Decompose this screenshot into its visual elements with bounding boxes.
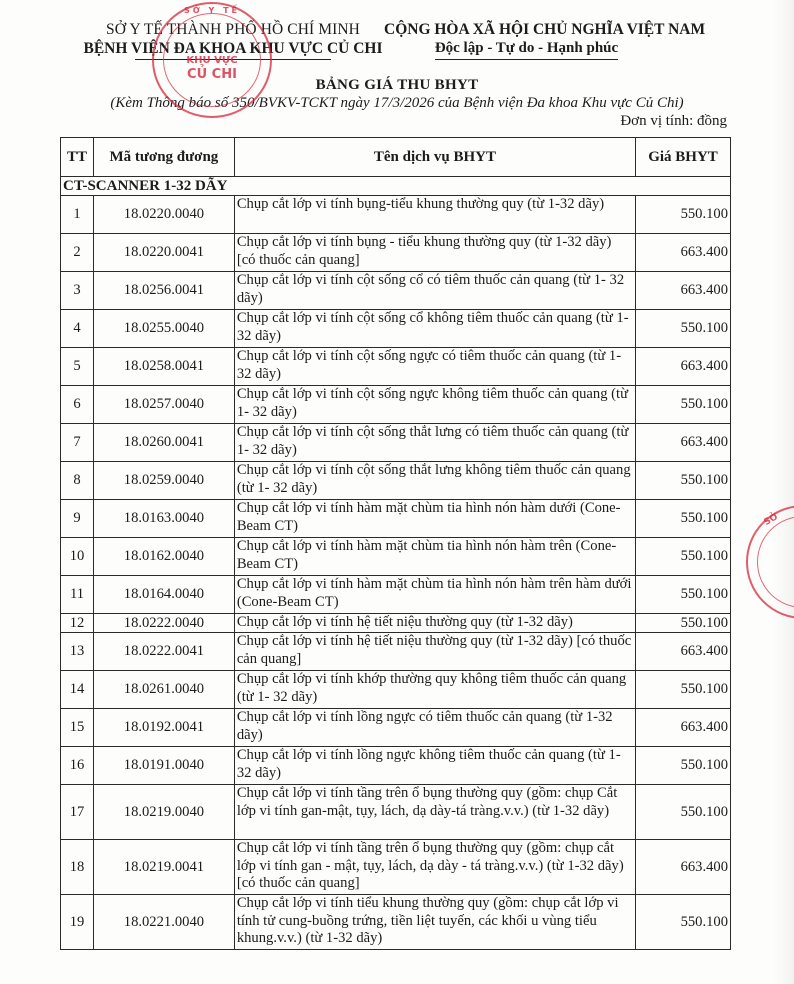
service-name: Chụp cắt lớp vi tính cột sống cổ không t… — [234, 310, 635, 348]
national-motto-header: CỘNG HÒA XÃ HỘI CHỦ NGHĨA VIỆT NAM Độc l… — [384, 20, 669, 60]
row-number: 17 — [61, 785, 94, 840]
row-number: 6 — [61, 386, 94, 424]
service-price: 550.100 — [636, 895, 731, 950]
service-price: 663.400 — [636, 234, 731, 272]
service-code: 18.0259.0040 — [93, 462, 234, 500]
service-name: Chụp cắt lớp vi tính cột sống thắt lưng … — [234, 424, 635, 462]
service-code: 18.0219.0041 — [93, 840, 234, 895]
service-price: 550.100 — [636, 196, 731, 234]
service-name: Chụp cắt lớp vi tính tầng trên ổ bụng th… — [234, 785, 635, 840]
column-header-service: Tên dịch vụ BHYT — [234, 138, 635, 177]
row-number: 3 — [61, 272, 94, 310]
service-code: 18.0220.0040 — [93, 196, 234, 234]
table-row: 118.0220.0040Chụp cắt lớp vi tính bụng-t… — [61, 196, 731, 234]
row-number: 13 — [61, 633, 94, 671]
service-code: 18.0191.0040 — [93, 747, 234, 785]
service-code: 18.0255.0040 — [93, 310, 234, 348]
document-subtitle: (Kèm Thông báo số 350/BVKV-TCKT ngày 17/… — [0, 95, 794, 112]
service-code: 18.0192.0041 — [93, 709, 234, 747]
service-name: Chụp cắt lớp vi tính lồng ngực không tiê… — [234, 747, 635, 785]
service-price: 550.100 — [636, 747, 731, 785]
service-price: 550.100 — [636, 538, 731, 576]
service-code: 18.0219.0040 — [93, 785, 234, 840]
row-number: 18 — [61, 840, 94, 895]
stamp-ring-text: SỞ Y TẾ — [154, 6, 270, 15]
service-code: 18.0221.0040 — [93, 895, 234, 950]
table-row: 1018.0162.0040Chụp cắt lớp vi tính hàm m… — [61, 538, 731, 576]
parent-agency: SỞ Y TẾ THÀNH PHỐ HỒ CHÍ MINH — [58, 20, 408, 39]
service-price: 663.400 — [636, 633, 731, 671]
service-name: Chụp cắt lớp vi tính bụng - tiểu khung t… — [234, 234, 635, 272]
service-price: 550.100 — [636, 386, 731, 424]
service-name: Chụp cắt lớp vi tính hàm mặt chùm tia hì… — [234, 538, 635, 576]
service-code: 18.0256.0041 — [93, 272, 234, 310]
document-title: BẢNG GIÁ THU BHYT — [0, 77, 794, 94]
service-name: Chụp cắt lớp vi tính lồng ngực có tiêm t… — [234, 709, 635, 747]
column-header-price: Giá BHYT — [636, 138, 731, 177]
agency-header: SỞ Y TẾ THÀNH PHỐ HỒ CHÍ MINH BỆNH VIỆN … — [58, 20, 408, 60]
service-name: Chụp cắt lớp vi tính hàm mặt chùm tia hì… — [234, 500, 635, 538]
table-row: 1218.0222.0040Chụp cắt lớp vi tính hệ ti… — [61, 614, 731, 633]
service-code: 18.0222.0041 — [93, 633, 234, 671]
service-price: 663.400 — [636, 840, 731, 895]
price-table: TT Mã tương đương Tên dịch vụ BHYT Giá B… — [60, 137, 731, 950]
country-name: CỘNG HÒA XÃ HỘI CHỦ NGHĨA VIỆT NAM — [384, 20, 669, 39]
row-number: 4 — [61, 310, 94, 348]
service-name: Chụp cắt lớp vi tính cột sống thắt lưng … — [234, 462, 635, 500]
table-row: 1718.0219.0040Chụp cắt lớp vi tính tầng … — [61, 785, 731, 840]
table-row: 1618.0191.0040Chụp cắt lớp vi tính lồng … — [61, 747, 731, 785]
table-row: 1418.0261.0040Chụp cắt lớp vi tính khớp … — [61, 671, 731, 709]
table-row: 818.0259.0040Chụp cắt lớp vi tính cột số… — [61, 462, 731, 500]
column-header-code: Mã tương đương — [93, 138, 234, 177]
section-title: CT-SCANNER 1-32 DÃY — [61, 177, 731, 196]
service-code: 18.0220.0041 — [93, 234, 234, 272]
section-row: CT-SCANNER 1-32 DÃY — [61, 177, 731, 196]
service-price: 550.100 — [636, 785, 731, 840]
row-number: 5 — [61, 348, 94, 386]
service-name: Chụp cắt lớp vi tính tầng trên ổ bụng th… — [234, 840, 635, 895]
service-price: 550.100 — [636, 576, 731, 614]
service-name: Chụp cắt lớp vi tính hệ tiết niệu thường… — [234, 614, 635, 633]
table-row: 618.0257.0040Chụp cắt lớp vi tính cột số… — [61, 386, 731, 424]
service-code: 18.0162.0040 — [93, 538, 234, 576]
service-price: 663.400 — [636, 348, 731, 386]
table-row: 1918.0221.0040Chụp cắt lớp vi tính tiểu … — [61, 895, 731, 950]
service-code: 18.0257.0040 — [93, 386, 234, 424]
row-number: 10 — [61, 538, 94, 576]
service-name: Chụp cắt lớp vi tính hàm mặt chùm tia hì… — [234, 576, 635, 614]
service-price: 663.400 — [636, 424, 731, 462]
row-number: 2 — [61, 234, 94, 272]
service-code: 18.0222.0040 — [93, 614, 234, 633]
service-price: 663.400 — [636, 272, 731, 310]
table-row: 718.0260.0041Chụp cắt lớp vi tính cột số… — [61, 424, 731, 462]
row-number: 7 — [61, 424, 94, 462]
service-price: 550.100 — [636, 671, 731, 709]
page-edge-shadow — [774, 0, 794, 984]
table-row: 1118.0164.0040Chụp cắt lớp vi tính hàm m… — [61, 576, 731, 614]
service-name: Chụp cắt lớp vi tính cột sống ngực có ti… — [234, 348, 635, 386]
currency-unit: Đơn vị tính: đồng — [620, 113, 727, 130]
hospital-name: BỆNH VIỆN ĐA KHOA KHU VỰC CỦ CHI — [58, 39, 408, 58]
table-row: 1818.0219.0041Chụp cắt lớp vi tính tầng … — [61, 840, 731, 895]
service-code: 18.0164.0040 — [93, 576, 234, 614]
service-name: Chụp cắt lớp vi tính cột sống cổ có tiêm… — [234, 272, 635, 310]
table-row: 1318.0222.0041Chụp cắt lớp vi tính hệ ti… — [61, 633, 731, 671]
service-code: 18.0261.0040 — [93, 671, 234, 709]
service-name: Chụp cắt lớp vi tính hệ tiết niệu thường… — [234, 633, 635, 671]
service-name: Chụp cắt lớp vi tính cột sống ngực không… — [234, 386, 635, 424]
service-price: 550.100 — [636, 500, 731, 538]
row-number: 8 — [61, 462, 94, 500]
service-price: 550.100 — [636, 462, 731, 500]
table-row: 518.0258.0041Chụp cắt lớp vi tính cột số… — [61, 348, 731, 386]
service-code: 18.0258.0041 — [93, 348, 234, 386]
service-name: Chụp cắt lớp vi tính khớp thường quy khô… — [234, 671, 635, 709]
table-row: 418.0255.0040Chụp cắt lớp vi tính cột số… — [61, 310, 731, 348]
header-underline — [135, 59, 331, 60]
service-price: 663.400 — [636, 709, 731, 747]
table-row: 318.0256.0041Chụp cắt lớp vi tính cột số… — [61, 272, 731, 310]
row-number: 1 — [61, 196, 94, 234]
table-header-row: TT Mã tương đương Tên dịch vụ BHYT Giá B… — [61, 138, 731, 177]
row-number: 9 — [61, 500, 94, 538]
table-row: 218.0220.0041Chụp cắt lớp vi tính bụng -… — [61, 234, 731, 272]
service-code: 18.0260.0041 — [93, 424, 234, 462]
service-name: Chụp cắt lớp vi tính bụng-tiểu khung thư… — [234, 196, 635, 234]
table-row: 918.0163.0040Chụp cắt lớp vi tính hàm mặ… — [61, 500, 731, 538]
service-code: 18.0163.0040 — [93, 500, 234, 538]
service-name: Chụp cắt lớp vi tính tiểu khung thường q… — [234, 895, 635, 950]
table-row: 1518.0192.0041Chụp cắt lớp vi tính lồng … — [61, 709, 731, 747]
row-number: 12 — [61, 614, 94, 633]
row-number: 15 — [61, 709, 94, 747]
column-header-tt: TT — [61, 138, 94, 177]
row-number: 14 — [61, 671, 94, 709]
motto: Độc lập - Tự do - Hạnh phúc — [435, 39, 618, 60]
service-price: 550.100 — [636, 614, 731, 633]
row-number: 19 — [61, 895, 94, 950]
row-number: 16 — [61, 747, 94, 785]
service-price: 550.100 — [636, 310, 731, 348]
row-number: 11 — [61, 576, 94, 614]
